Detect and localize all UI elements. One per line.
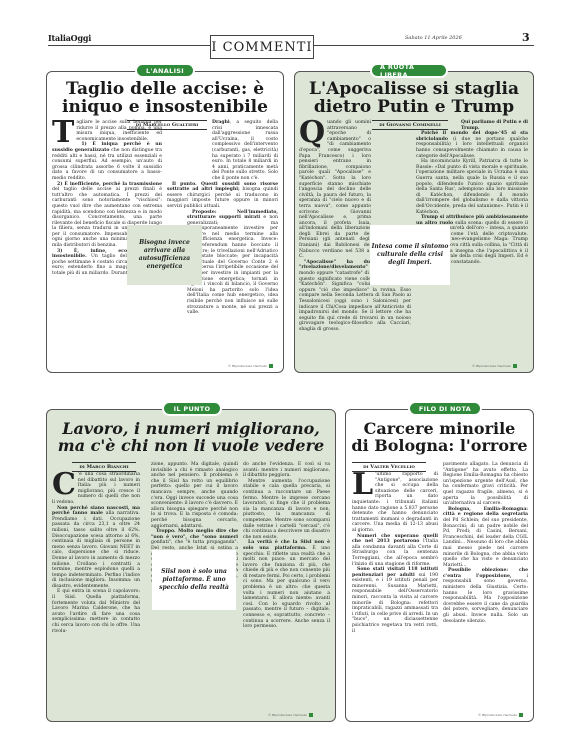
pull-quote: Bisogna invece arrivare alla autosuffici… <box>127 225 202 285</box>
paragraph: do anche l'evidenza. E così si va avanti… <box>243 462 330 478</box>
article-headline: Taglio delle accise: è iniquo e insosten… <box>50 80 280 117</box>
paragraph: sui 190 esistenti, e i 19 istituti penal… <box>352 573 438 634</box>
article-column: do anche l'evidenza. E così si va avanti… <box>243 462 330 630</box>
headline-line: L'Apocalisse si staglia <box>298 80 530 98</box>
headline-line: dietro Putin e Trump <box>298 98 530 116</box>
drop-cap: C <box>52 473 76 497</box>
paragraph: È uno specchio. E riflette una realtà ch… <box>243 546 330 629</box>
paragraph: agliare le accise sulla benzina per ridu… <box>76 120 162 142</box>
pull-quote: Siisl non è solo una piattaforma. È uno … <box>152 550 236 610</box>
section-badge: A RUOTA LIBERA <box>372 65 446 76</box>
paragraph-lead: Bologna, Emilia-Romagna: città e regione… <box>443 507 528 518</box>
article-headline: Carcere minorile di Bologna: l'orrore <box>348 420 531 455</box>
paragraph-lead: 2) È inefficiente, perché la trasmission… <box>57 182 162 187</box>
headline-line: iniquo e insostenibile <box>50 98 280 116</box>
drop-cap: L <box>352 473 373 497</box>
credit-text: © Riproduzione riservata <box>268 713 307 717</box>
drop-cap: Q <box>299 121 325 145</box>
headline-line: Lavoro, i numeri migliorano, <box>50 420 332 437</box>
article-headline: Lavoro, i numeri migliorano, ma c'è chi … <box>50 420 332 455</box>
paragraph: del Pd Schlein; del suo presidente, Bona… <box>443 518 528 568</box>
copyright-credit: © Riproduzione riservata <box>472 364 517 368</box>
copyright-credit: © Riproduzione riservata <box>268 713 313 717</box>
paragraph: zione, appunto. Ma digitale, quindi invi… <box>151 462 238 529</box>
copyright-credit: © Riproduzione riservata <box>228 364 273 368</box>
article-headline: L'Apocalisse si staglia dietro Putin e T… <box>298 80 530 117</box>
paragraph-lead: Qui parliamo di Putin e di Trump. <box>461 120 528 131</box>
credit-text: © Riproduzione riservata <box>478 713 517 717</box>
credit-text: © Riproduzione riservata <box>228 364 267 368</box>
pull-quote: Intesa come il sintomo culturale della c… <box>370 225 450 285</box>
article-column: L 'ultimo rapporto di "Antigone", associ… <box>352 472 438 634</box>
headline-line: ma c'è chi non li vuole vedere <box>50 437 332 454</box>
paragraph: i responsabili sono governo, ministero d… <box>443 574 528 624</box>
article-column: pavimento allagato. La denuncia di "Anti… <box>443 462 528 624</box>
copyright-credit: © Riproduzione riservata <box>478 713 523 717</box>
page-number: 3 <box>522 31 530 44</box>
section-badge: FILO DI NOTA <box>410 403 480 414</box>
publication-logo: ItaliaOggi <box>48 33 91 43</box>
article-column: C 'è una cosa straordinaria nel dibattit… <box>52 472 140 634</box>
section-title: I COMMENTI <box>210 35 314 59</box>
end-mark-icon <box>513 364 517 368</box>
credit-text: © Riproduzione riservata <box>472 364 511 368</box>
issue-date: Sabato 11 Aprile 2026 <box>405 35 462 41</box>
section-badge: L'ANALISI <box>137 65 193 76</box>
section-badge: IL PUNTO <box>164 403 220 414</box>
paragraph: alla narrativa. Prendiamo i dati. Occupa… <box>52 511 140 589</box>
headline-line: Carcere minorile <box>348 420 531 437</box>
headline-line: Taglio delle accise: è <box>50 80 280 98</box>
end-mark-icon <box>519 713 523 717</box>
paragraph: pavimento allagato. La denuncia di "Anti… <box>443 462 528 506</box>
headline-line: di Bologna: l'orrore <box>348 437 531 454</box>
paragraph: Ha incominciato Kyrill, Patriarca di tut… <box>416 159 528 214</box>
paragraph-lead: Draghi <box>212 120 230 125</box>
paragraph: che non distingue tra redditi alti e bas… <box>52 148 162 181</box>
paragraph: Mentre aumenta l'occupazione stabile e c… <box>243 479 330 540</box>
paragraph: , a seguito della crisi innescata dall'a… <box>212 120 278 181</box>
paragraph-lead: Troppo. Molto meglio dire che "non è ver… <box>151 529 238 540</box>
end-mark-icon <box>269 364 273 368</box>
paragraph: E qui entra in scena il capolavoro: il S… <box>52 589 140 633</box>
article-column: Draghi, a seguito della crisi innescata … <box>167 120 278 316</box>
byline: di Marco Bianchi <box>72 462 136 472</box>
drop-cap: T <box>52 121 74 145</box>
end-mark-icon <box>309 713 313 717</box>
